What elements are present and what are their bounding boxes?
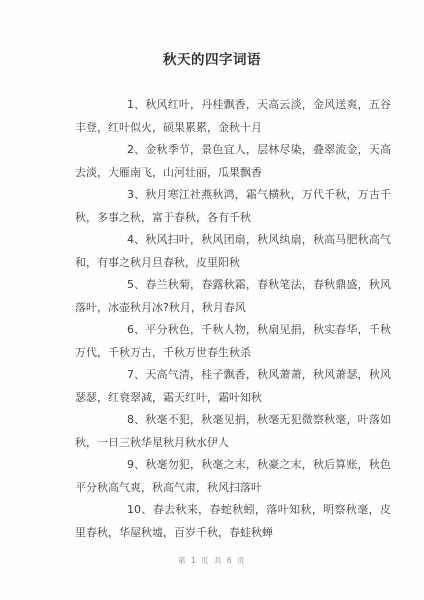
word-item: 2、金秋季节，景色宜人，层林尽染，叠翠流金，天高去淡，大雁南飞，山河壮丽，瓜果飘… xyxy=(75,139,391,184)
page-footer: 第 1 页 共 6 页 xyxy=(0,556,424,566)
word-item: 8、秋毫不犯，秋毫见捐，秋毫无犯微察秋毫，叶落如秋，一日三秋华星秋月秋水伊人 xyxy=(75,409,391,454)
word-item: 3、秋月寒江社燕秋鸿，霜气横秋，万代千秋，万古千秋，多事之秋，富于春秋，各有千秋 xyxy=(75,184,391,229)
word-item: 7、天高气清，桂子飘香，秋风萧萧，秋风萧瑟，秋风瑟瑟，红衰翠减，霜天红叶，霜叶知… xyxy=(75,364,391,409)
word-item: 6、平分秋色，千秋人物，秋扇见捐，秋实春华，千秋万代，千秋万古，千秋万世春生秋杀 xyxy=(75,319,391,364)
document-page: 秋天的四字词语 1、秋风红叶，丹桂飘香，天高云淡，金风送爽，五谷丰登，红叶似火，… xyxy=(0,0,424,600)
word-list: 1、秋风红叶，丹桂飘香，天高云淡，金风送爽，五谷丰登，红叶似火，硕果累累，金秋十… xyxy=(0,94,424,544)
word-item: 9、秋毫勿犯，秋毫之末，秋豪之末，秋后算账，秋色平分秋高气爽，秋高气肃，秋风扫落… xyxy=(75,454,391,499)
word-item: 5、春兰秋菊，春露秋霜，春秋笔法，春秋鼎盛，秋风落叶，冰壶秋月冰?秋月，秋月春风 xyxy=(75,274,391,319)
word-item: 1、秋风红叶，丹桂飘香，天高云淡，金风送爽，五谷丰登，红叶似火，硕果累累，金秋十… xyxy=(75,94,391,139)
page-title: 秋天的四字词语 xyxy=(0,0,424,69)
word-item: 4、秋风扫叶，秋风团扇，秋风纨扇，秋高马肥秋高气和，有事之秋月旦春秋，皮里阳秋 xyxy=(75,229,391,274)
word-item: 10、春去秋来，春蛇秋蚓，落叶知秋，明察秋毫，皮里春秋，华屋秋墟，百岁千秋，春蛙… xyxy=(75,499,391,544)
